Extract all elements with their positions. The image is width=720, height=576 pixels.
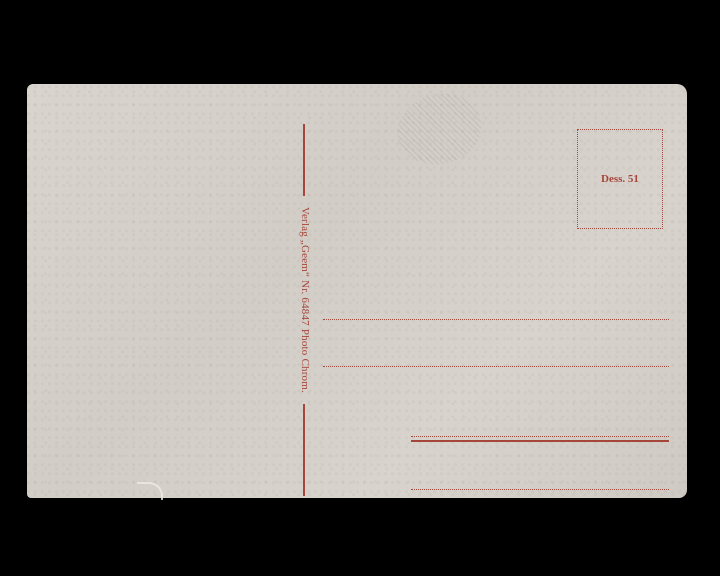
stamp-box-label: Dess. 51 [601, 173, 639, 185]
address-line-1 [323, 319, 669, 320]
address-line-4 [411, 489, 669, 490]
postcard-back: Verlag „Geem“ Nr. 64847 Photo Chrom. Des… [27, 84, 687, 498]
stamp-box: Dess. 51 [577, 129, 663, 229]
publisher-imprint: Verlag „Geem“ Nr. 64847 Photo Chrom. [292, 196, 318, 404]
publisher-imprint-text: Verlag „Geem“ Nr. 64847 Photo Chrom. [299, 207, 311, 393]
center-divider-line-bottom [303, 404, 305, 496]
center-divider-line-top [303, 124, 305, 196]
edge-tear [137, 482, 163, 500]
fingerprint-smudge [389, 84, 489, 174]
address-line-3 [411, 436, 669, 437]
address-line-2 [323, 366, 669, 367]
address-underline [411, 440, 669, 442]
